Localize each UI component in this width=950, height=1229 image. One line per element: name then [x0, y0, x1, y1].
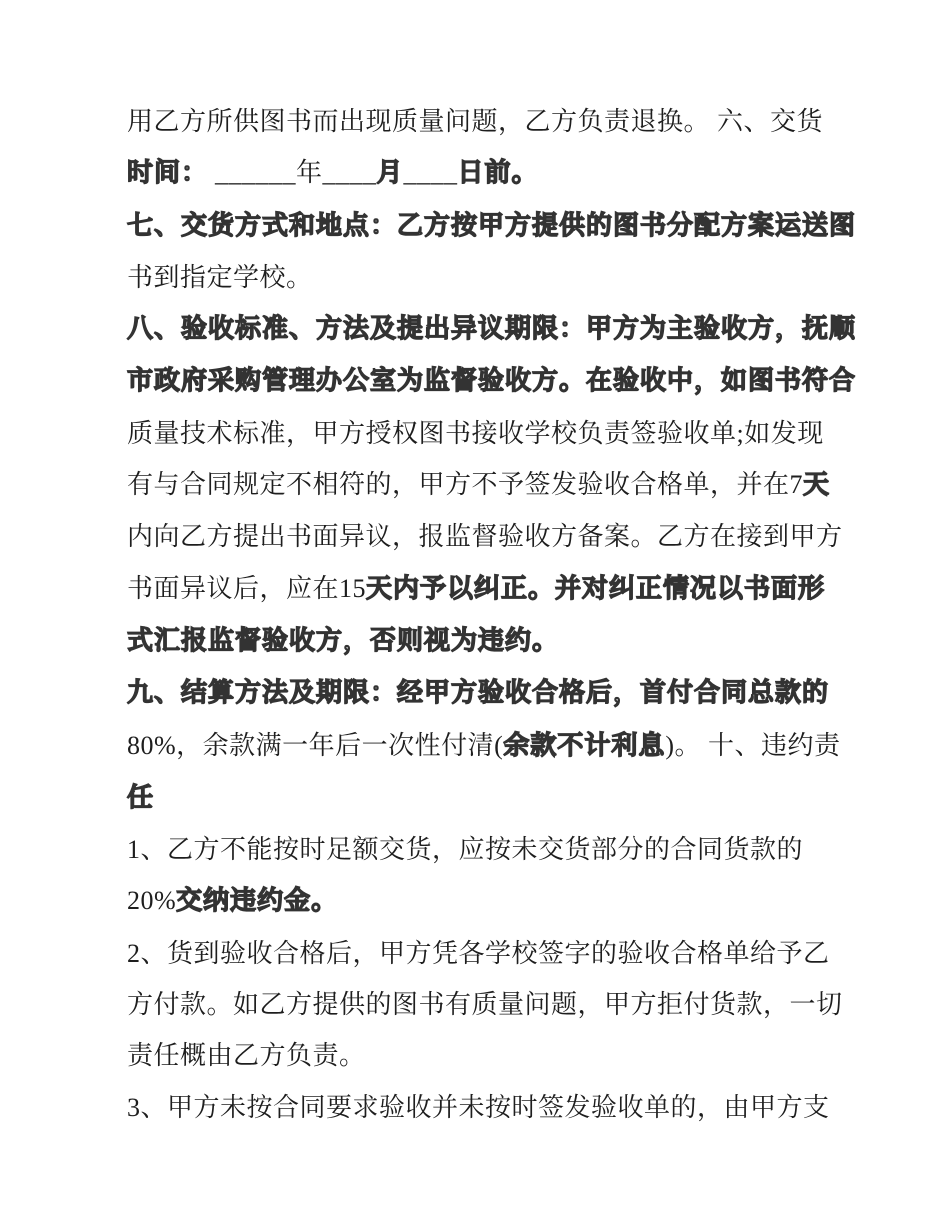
- text-line: 2、货到验收合格后，甲方凭各学校签字的验收合格单给予乙: [127, 928, 830, 979]
- text-run: 用乙方所供图书而出现质量问题，乙方负责退换。 六、交货: [127, 107, 823, 136]
- text-line: 20%交纳违约金。: [127, 875, 830, 927]
- text-line: 七、交货方式和地点：乙方按甲方提供的图书分配方案运送图: [127, 200, 830, 252]
- text-line: 方付款。如乙方提供的图书有质量问题，甲方拒付货款，一切: [127, 979, 830, 1030]
- text-line: 市政府采购管理办公室为监督验收方。在验收中，如图书符合: [127, 355, 830, 407]
- text-run: 质量技术标准，甲方授权图书接收学校负责签验收单;如发现: [127, 419, 824, 448]
- text-line: 时间： ______年____月____日前。: [127, 147, 830, 199]
- outline-text-run: 七、交货方式和地点：乙方按甲方提供的图书分配方案运送图: [127, 211, 856, 241]
- text-line: 书面异议后，应在15天内予以纠正。并对纠正情况以书面形: [127, 563, 830, 615]
- text-run: 20%: [127, 886, 176, 915]
- outline-text-run: 九、结算方法及期限：经甲方验收合格后，首付合同总款的: [127, 678, 829, 708]
- text-line: 任: [127, 772, 830, 824]
- text-line: 3、甲方未按合同要求验收并未按时签发验收单的，由甲方支: [127, 1082, 830, 1133]
- text-run: 80%，余款满一年后一次性付清(: [127, 731, 503, 760]
- outline-text-run: 天内予以纠正。并对纠正情况以书面形: [366, 574, 825, 604]
- outline-text-run: 余款不计利息: [503, 731, 665, 761]
- text-line: 用乙方所供图书而出现质量问题，乙方负责退换。 六、交货: [127, 96, 830, 147]
- text-run: 责任概由乙方负责。: [127, 1041, 366, 1070]
- text-run: 2、货到验收合格后，甲方凭各学校签字的验收合格单给予乙: [127, 939, 830, 968]
- text-run: 书面异议后，应在15: [127, 574, 366, 603]
- text-line: 书到指定学校。: [127, 252, 830, 303]
- text-run: ______年____: [208, 158, 377, 187]
- outline-text-run: 天: [803, 470, 830, 500]
- outline-text-run: 八、验收标准、方法及提出异议期限：甲方为主验收方，抚顺: [127, 314, 856, 344]
- outline-text-run: 时间：: [127, 158, 208, 188]
- text-line: 九、结算方法及期限：经甲方验收合格后，首付合同总款的: [127, 667, 830, 719]
- text-run: ____: [404, 158, 458, 187]
- text-line: 内向乙方提出书面异议，报监督验收方备案。乙方在接到甲方: [127, 511, 830, 562]
- text-run: 1、乙方不能按时足额交货，应按未交货部分的合同货款的: [127, 835, 803, 864]
- text-line: 八、验收标准、方法及提出异议期限：甲方为主验收方，抚顺: [127, 303, 830, 355]
- text-run: 3、甲方未按合同要求验收并未按时签发验收单的，由甲方支: [127, 1093, 830, 1122]
- outline-text-run: 月: [377, 158, 404, 188]
- document-page: 用乙方所供图书而出现质量问题，乙方负责退换。 六、交货时间： ______年__…: [0, 0, 950, 1229]
- text-run: 有与合同规定不相符的，甲方不予签发验收合格单，并在7: [127, 470, 803, 499]
- outline-text-run: 市政府采购管理办公室为监督验收方。在验收中，如图书符合: [127, 366, 856, 396]
- text-line: 有与合同规定不相符的，甲方不予签发验收合格单，并在7天: [127, 459, 830, 511]
- text-run: )。 十、违约责: [665, 731, 840, 760]
- text-run: 内向乙方提出书面异议，报监督验收方备案。乙方在接到甲方: [127, 522, 843, 551]
- document-body: 用乙方所供图书而出现质量问题，乙方负责退换。 六、交货时间： ______年__…: [0, 0, 950, 1133]
- text-line: 质量技术标准，甲方授权图书接收学校负责签验收单;如发现: [127, 408, 830, 459]
- text-line: 式汇报监督验收方，否则视为违约。: [127, 615, 830, 667]
- outline-text-run: 日前。: [458, 158, 539, 188]
- text-run: 方付款。如乙方提供的图书有质量问题，甲方拒付货款，一切: [127, 990, 843, 1019]
- text-line: 责任概由乙方负责。: [127, 1030, 830, 1081]
- text-run: 书到指定学校。: [127, 263, 313, 292]
- text-line: 1、乙方不能按时足额交货，应按未交货部分的合同货款的: [127, 824, 830, 875]
- outline-text-run: 任: [127, 783, 154, 813]
- text-line: 80%，余款满一年后一次性付清(余款不计利息)。 十、违约责: [127, 720, 830, 772]
- outline-text-run: 交纳违约金。: [176, 886, 338, 916]
- outline-text-run: 式汇报监督验收方，否则视为违约。: [127, 626, 559, 656]
